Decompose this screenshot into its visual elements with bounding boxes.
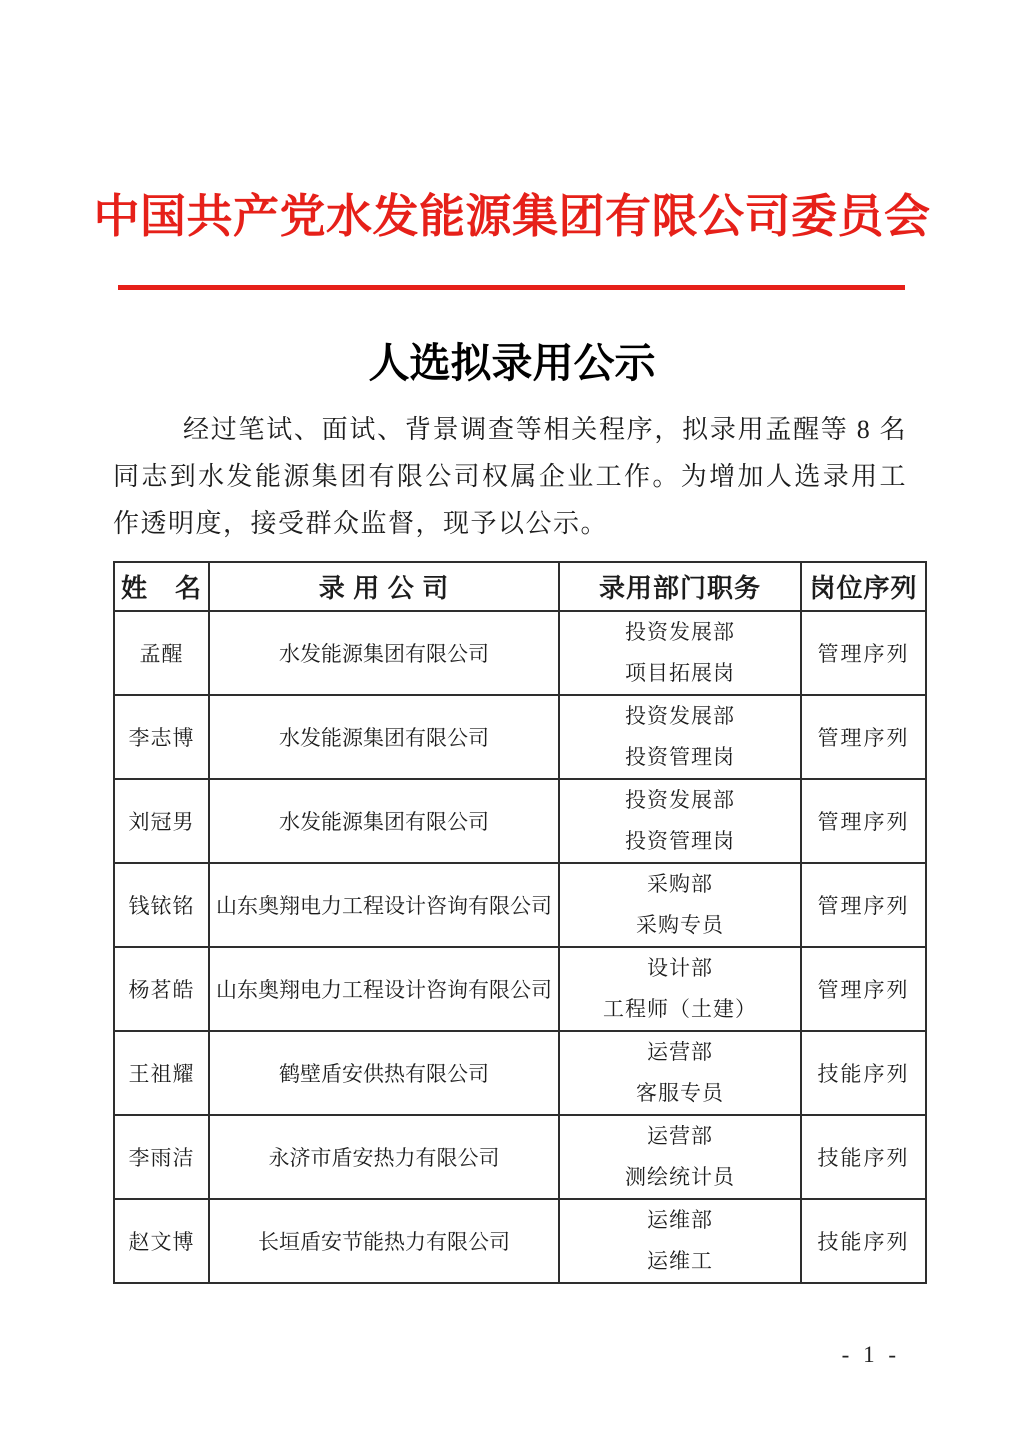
cell-name: 李志博 [114,695,209,779]
cell-sequence: 技能序列 [801,1115,926,1199]
cell-name: 杨茗皓 [114,947,209,1031]
cell-dept-position: 采购部 采购专员 [559,863,801,947]
cell-company: 永济市盾安热力有限公司 [209,1115,559,1199]
dept-line: 采购部 [560,864,800,905]
table-header-row: 姓 名 录 用 公 司 录用部门职务 岗位序列 [114,562,926,611]
position-line: 客服专员 [560,1073,800,1114]
position-line: 投资管理岗 [560,821,800,862]
cell-sequence: 管理序列 [801,695,926,779]
col-header-dept-position: 录用部门职务 [559,562,801,611]
document-page: 中国共产党水发能源集团有限公司委员会 人选拟录用公示 经过笔试、面试、背景调查等… [0,0,1024,1448]
table-row: 李雨洁 永济市盾安热力有限公司 运营部 测绘统计员 技能序列 [114,1115,926,1199]
cell-sequence: 管理序列 [801,779,926,863]
cell-company: 鹤壁盾安供热有限公司 [209,1031,559,1115]
org-title: 中国共产党水发能源集团有限公司委员会 [0,180,1024,246]
cell-sequence: 管理序列 [801,611,926,695]
cell-sequence: 管理序列 [801,863,926,947]
position-line: 运维工 [560,1241,800,1282]
page-number: - 1 - [0,1342,1024,1368]
dept-line: 投资发展部 [560,780,800,821]
cell-name: 李雨洁 [114,1115,209,1199]
position-line: 工程师（土建） [560,989,800,1030]
table-row: 赵文博 长垣盾安节能热力有限公司 运维部 运维工 技能序列 [114,1199,926,1283]
col-header-sequence: 岗位序列 [801,562,926,611]
cell-dept-position: 投资发展部 项目拓展岗 [559,611,801,695]
dept-line: 投资发展部 [560,696,800,737]
col-header-company: 录 用 公 司 [209,562,559,611]
red-divider-rule [118,285,905,290]
cell-sequence: 技能序列 [801,1031,926,1115]
cell-company: 水发能源集团有限公司 [209,695,559,779]
cell-dept-position: 投资发展部 投资管理岗 [559,779,801,863]
position-line: 投资管理岗 [560,737,800,778]
cell-company: 山东奥翔电力工程设计咨询有限公司 [209,863,559,947]
body-paragraph: 经过笔试、面试、背景调查等相关程序，拟录用孟醒等 8 名同志到水发能源集团有限公… [113,406,907,547]
cell-dept-position: 设计部 工程师（土建） [559,947,801,1031]
cell-name: 钱铱铭 [114,863,209,947]
cell-company: 水发能源集团有限公司 [209,611,559,695]
doc-title: 人选拟录用公示 [0,330,1024,389]
table-row: 杨茗皓 山东奥翔电力工程设计咨询有限公司 设计部 工程师（土建） 管理序列 [114,947,926,1031]
cell-company: 长垣盾安节能热力有限公司 [209,1199,559,1283]
cell-name: 赵文博 [114,1199,209,1283]
table-row: 李志博 水发能源集团有限公司 投资发展部 投资管理岗 管理序列 [114,695,926,779]
cell-dept-position: 投资发展部 投资管理岗 [559,695,801,779]
cell-company: 水发能源集团有限公司 [209,779,559,863]
table-row: 刘冠男 水发能源集团有限公司 投资发展部 投资管理岗 管理序列 [114,779,926,863]
position-line: 项目拓展岗 [560,653,800,694]
hire-table: 姓 名 录 用 公 司 录用部门职务 岗位序列 孟醒 水发能源集团有限公司 投资… [113,561,927,1284]
cell-sequence: 技能序列 [801,1199,926,1283]
cell-dept-position: 运营部 测绘统计员 [559,1115,801,1199]
position-line: 采购专员 [560,905,800,946]
dept-line: 运维部 [560,1200,800,1241]
col-header-name: 姓 名 [114,562,209,611]
dept-line: 投资发展部 [560,612,800,653]
table-row: 王祖耀 鹤壁盾安供热有限公司 运营部 客服专员 技能序列 [114,1031,926,1115]
table-row: 孟醒 水发能源集团有限公司 投资发展部 项目拓展岗 管理序列 [114,611,926,695]
cell-name: 刘冠男 [114,779,209,863]
cell-name: 孟醒 [114,611,209,695]
position-line: 测绘统计员 [560,1157,800,1198]
table-row: 钱铱铭 山东奥翔电力工程设计咨询有限公司 采购部 采购专员 管理序列 [114,863,926,947]
cell-name: 王祖耀 [114,1031,209,1115]
dept-line: 运营部 [560,1116,800,1157]
dept-line: 设计部 [560,948,800,989]
cell-dept-position: 运营部 客服专员 [559,1031,801,1115]
dept-line: 运营部 [560,1032,800,1073]
cell-sequence: 管理序列 [801,947,926,1031]
cell-dept-position: 运维部 运维工 [559,1199,801,1283]
cell-company: 山东奥翔电力工程设计咨询有限公司 [209,947,559,1031]
